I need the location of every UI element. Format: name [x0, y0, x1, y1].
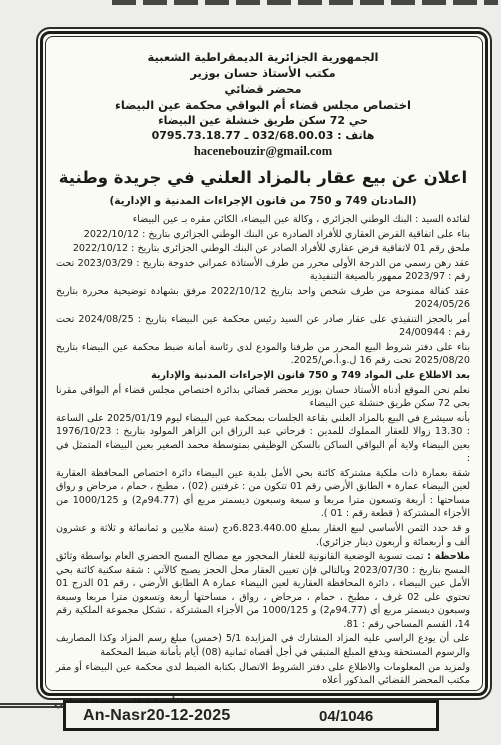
- notice-paragraph: بناء على اتفاقية القرض العقاري للأفراد ا…: [56, 228, 470, 242]
- notice-paragraph: لفائدة السيد : البنك الوطني الجزائري ، و…: [56, 213, 470, 227]
- office-email: hacenebouzir@gmail.com: [56, 143, 470, 160]
- bailiff-role: محضر قضائي: [56, 81, 470, 97]
- notice-paragraph: بأنه سيشرع في البيع بالمزاد العلني بقاعة…: [56, 412, 470, 466]
- notice-paragraph: بعد الاطلاع على المواد 749 و 750 قانون ا…: [56, 369, 470, 383]
- note-lead: ملاحظة :: [424, 551, 471, 562]
- torn-edge-divider: [112, 0, 498, 5]
- footer-left-rule: [0, 703, 63, 708]
- notice-body: لفائدة السيد : البنك الوطني الجزائري ، و…: [56, 213, 470, 688]
- notice-title: اعلان عن بيع عقار بالمزاد العلني في جريد…: [56, 166, 470, 190]
- notice-paragraph: شقة بعمارة ذات ملكية مشتركة كائنة بحي ال…: [56, 467, 470, 521]
- page-ref-label: 04/1046: [319, 708, 373, 725]
- notice-paragraph: ولمزيد من المعلومات والاطلاع على دفتر ال…: [56, 661, 470, 688]
- notice-paragraph: بناء على دفتر شروط البيع المحرر من طرفنا…: [56, 341, 470, 368]
- notice-paragraph: عقد كفالة ممنوحة من طرف شخص واحد بتاريخ …: [56, 285, 470, 312]
- bailiff-office-name: مكتب الأستاذ حسان بوزير: [56, 65, 470, 81]
- notice-paragraph: و قد حدد الثمن الأساسي لبيع العقار بمبلغ…: [56, 522, 470, 549]
- notice-paragraph: عقد رهن رسمي من الدرجة الأولى محرر من طر…: [56, 257, 470, 284]
- notice-paragraph: أمر بالحجز التنفيذي على عقار صادر عن الس…: [56, 313, 470, 340]
- note-text: تمت تسوية الوضعية القانونية للعقار المحج…: [56, 551, 470, 630]
- jurisdiction-line: اختصاص مجلس قضاء أم البواقي محكمة عين ال…: [56, 97, 470, 113]
- notice-frame-middle-border: الجمهورية الجزائرية الديمقراطية الشعبية …: [40, 31, 488, 696]
- publication-date-label: An-Nasr20-12-2025: [83, 707, 230, 725]
- notice-content: الجمهورية الجزائرية الديمقراطية الشعبية …: [45, 36, 483, 691]
- notice-paragraph-note: ملاحظة : تمت تسوية الوضعية القانونية للع…: [56, 550, 470, 631]
- notice-paragraph: على أن يودع الراسي عليه المزاد المشارك ف…: [56, 632, 470, 659]
- newspaper-footer-box: An-Nasr20-12-2025 04/1046: [63, 700, 439, 731]
- office-phone: هاتف : 032/68.00.03 ـ 0795.73.18.77: [56, 128, 470, 143]
- notice-paragraph: ملحق رقم 01 لاتفاقية قرض عقاري للأفراد ا…: [56, 242, 470, 256]
- notice-paragraph: نعلم نحن الموقع أدناه الأستاذ حسان بوزير…: [56, 384, 470, 411]
- republic-title: الجمهورية الجزائرية الديمقراطية الشعبية: [56, 49, 470, 65]
- legal-articles-subtitle: (المادتان 749 و 750 من قانون الإجراءات ا…: [56, 194, 470, 208]
- office-address: حي 72 سكن طريق خنشلة عين البيضاء: [56, 113, 470, 128]
- notice-frame: الجمهورية الجزائرية الديمقراطية الشعبية …: [36, 27, 492, 700]
